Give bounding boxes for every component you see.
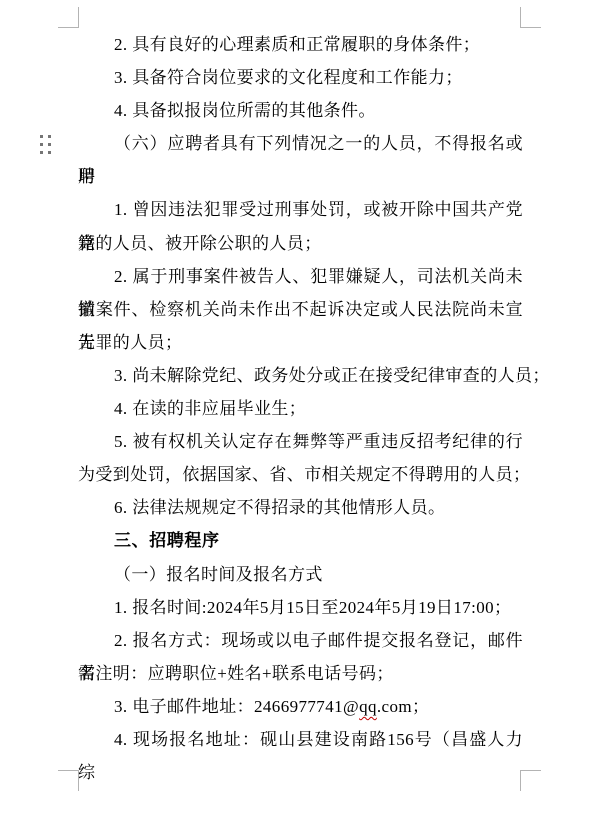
text-line[interactable]: 2. 属于刑事案件被告人、犯罪嫌疑人，司法机关尚未撤 [78, 260, 523, 293]
text-boundary-mark-top-right [520, 7, 541, 28]
section-heading[interactable]: 三、招聘程序 [78, 524, 523, 557]
text-line[interactable]: 3. 尚未解除党纪、政务处分或正在接受纪律审查的人员； [78, 359, 523, 392]
handle-dot [48, 143, 51, 146]
handle-dot [40, 143, 43, 146]
text-line[interactable]: 4. 现场报名地址：砚山县建设南路156号（昌盛人力综 [78, 723, 523, 756]
text-line[interactable]: 用 [78, 160, 523, 193]
text-boundary-mark-bottom-left [58, 770, 79, 791]
text-line[interactable]: 6. 法律法规规定不得招录的其他情形人员。 [78, 491, 523, 524]
text-boundary-mark-bottom-right [520, 770, 541, 791]
text-line[interactable]: 4. 在读的非应届毕业生； [78, 392, 523, 425]
text-line[interactable]: 无罪的人员； [78, 326, 523, 359]
text-line[interactable]: 3. 具备符合岗位要求的文化程度和工作能力； [78, 61, 523, 94]
handle-dot [48, 151, 51, 154]
email-text-before: 3. 电子邮件地址：2466977741@ [114, 697, 359, 716]
handle-dot [40, 135, 43, 138]
text-line-email[interactable]: 3. 电子邮件地址：2466977741@qq.com； [78, 690, 523, 723]
handle-dot [48, 135, 51, 138]
text-line[interactable]: 1. 曾因违法犯罪受过刑事处罚，或被开除中国共产党党 [78, 193, 523, 226]
text-line[interactable]: 4. 具备拟报岗位所需的其他条件。 [78, 94, 523, 127]
text-line[interactable]: 为受到处罚，依据国家、省、市相关规定不得聘用的人员； [78, 458, 523, 491]
spellcheck-underlined-text: qq [359, 697, 377, 716]
text-line[interactable]: 销案件、检察机关尚未作出不起诉决定或人民法院尚未宣告 [78, 293, 523, 326]
text-line[interactable]: 5. 被有权机关认定存在舞弊等严重违反招考纪律的行 [78, 425, 523, 458]
text-boundary-mark-top-left [58, 7, 79, 28]
text-line[interactable]: 1. 报名时间:2024年5月15日至2024年5月19日17:00； [78, 591, 523, 624]
paragraph-drag-handle-icon[interactable] [40, 135, 51, 154]
email-text-after: .com； [377, 697, 430, 716]
text-line[interactable]: （六）应聘者具有下列情况之一的人员，不得报名或聘 [78, 127, 523, 160]
text-line[interactable]: 2. 报名方式：现场或以电子邮件提交报名登记，邮件名 [78, 624, 523, 657]
document-page[interactable]: 2. 具有良好的心理素质和正常履职的身体条件； 3. 具备符合岗位要求的文化程度… [0, 0, 595, 817]
document-text[interactable]: 2. 具有良好的心理素质和正常履职的身体条件； 3. 具备符合岗位要求的文化程度… [78, 28, 523, 756]
text-line[interactable]: 需注明：应聘职位+姓名+联系电话号码； [78, 657, 523, 690]
text-line[interactable]: （一）报名时间及报名方式 [78, 558, 523, 591]
text-line[interactable]: 2. 具有良好的心理素质和正常履职的身体条件； [78, 28, 523, 61]
handle-dot [40, 151, 43, 154]
text-line[interactable]: 籍的人员、被开除公职的人员； [78, 227, 523, 260]
